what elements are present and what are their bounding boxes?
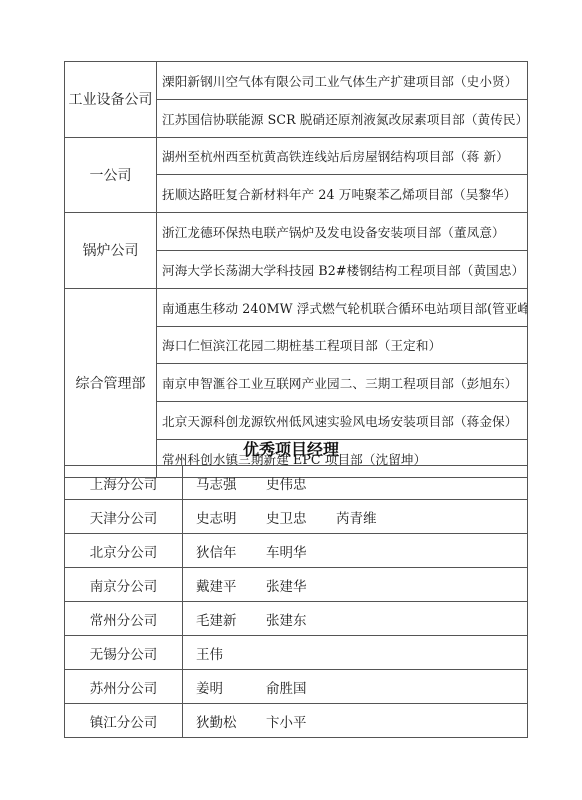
manager-name: 马志强 [196,473,266,493]
table-row: 北京分公司 狄信年车明华 [65,534,528,568]
section-title: 优秀项目经理 [0,437,582,460]
names-cell: 史志明史卫忠芮青维 [183,500,528,534]
project-cell: 湖州至杭州西至杭黄高铁连线站后房屋钢结构项目部（蒋 新） [157,137,528,175]
branch-cell: 北京分公司 [65,534,183,568]
names-cell: 毛建新张建东 [183,602,528,636]
table-row: 镇江分公司 狄勤松卞小平 [65,704,528,738]
manager-name: 毛建新 [196,609,266,629]
category-cell: 一公司 [65,137,157,213]
table-row: 苏州分公司 姜明俞胜国 [65,670,528,704]
manager-name: 史伟忠 [266,473,336,493]
names-cell: 戴建平张建华 [183,568,528,602]
table-row: 工业设备公司 溧阳新钢川空气体有限公司工业气体生产扩建项目部（史小贤） [65,62,528,100]
table-row: 综合管理部 南通惠生移动 240MW 浮式燃气轮机联合循环电站项目部(管亚峰) [65,288,528,326]
branch-cell: 苏州分公司 [65,670,183,704]
manager-name: 王伟 [196,643,266,663]
project-cell: 江苏国信协联能源 SCR 脱硝还原剂液氮改尿素项目部（黄传民） [157,99,528,137]
category-cell: 锅炉公司 [65,213,157,289]
branch-cell: 无锡分公司 [65,636,183,670]
excellent-projects-table: 工业设备公司 溧阳新钢川空气体有限公司工业气体生产扩建项目部（史小贤） 江苏国信… [64,61,528,478]
branch-cell: 常州分公司 [65,602,183,636]
table-row: 无锡分公司 王伟 [65,636,528,670]
project-cell: 溧阳新钢川空气体有限公司工业气体生产扩建项目部（史小贤） [157,62,528,100]
project-cell: 南通惠生移动 240MW 浮式燃气轮机联合循环电站项目部(管亚峰) [157,288,528,326]
table-row: 常州分公司 毛建新张建东 [65,602,528,636]
branch-cell: 南京分公司 [65,568,183,602]
manager-name: 狄信年 [196,541,266,561]
table-row: 南京分公司 戴建平张建华 [65,568,528,602]
table-row: 天津分公司 史志明史卫忠芮青维 [65,500,528,534]
names-cell: 狄勤松卞小平 [183,704,528,738]
manager-name: 戴建平 [196,575,266,595]
manager-name: 卞小平 [266,711,336,731]
manager-name: 张建华 [266,575,336,595]
names-cell: 姜明俞胜国 [183,670,528,704]
branch-cell: 天津分公司 [65,500,183,534]
excellent-managers-table: 上海分公司 马志强史伟忠 天津分公司 史志明史卫忠芮青维 北京分公司 狄信年车明… [64,465,528,738]
manager-name: 史卫忠 [266,507,336,527]
table-row: 一公司 湖州至杭州西至杭黄高铁连线站后房屋钢结构项目部（蒋 新） [65,137,528,175]
category-cell: 工业设备公司 [65,62,157,138]
names-cell: 马志强史伟忠 [183,466,528,500]
project-cell: 南京申智滙谷工业互联网产业园二、三期工程项目部（彭旭东） [157,364,528,402]
manager-name: 姜明 [196,677,266,697]
manager-name: 史志明 [196,507,266,527]
names-cell: 狄信年车明华 [183,534,528,568]
branch-cell: 上海分公司 [65,466,183,500]
project-cell: 抚顺达路旺复合新材料年产 24 万吨聚苯乙烯项目部（吴黎华） [157,175,528,213]
project-cell: 浙江龙德环保热电联产锅炉及发电设备安装项目部（董凤意） [157,213,528,251]
branch-cell: 镇江分公司 [65,704,183,738]
manager-name: 车明华 [266,541,336,561]
project-cell: 北京天源科创龙源钦州低风速实验风电场安装项目部（蒋金保） [157,402,528,440]
manager-name: 俞胜国 [266,677,336,697]
manager-name: 张建东 [266,609,336,629]
manager-name: 芮青维 [336,507,406,527]
manager-name: 狄勤松 [196,711,266,731]
names-cell: 王伟 [183,636,528,670]
project-cell: 海口仁恒滨江花园二期桩基工程项目部（王定和） [157,326,528,364]
table-row: 锅炉公司 浙江龙德环保热电联产锅炉及发电设备安装项目部（董凤意） [65,213,528,251]
table-row: 上海分公司 马志强史伟忠 [65,466,528,500]
project-cell: 河海大学长荡湖大学科技园 B2#楼钢结构工程项目部（黄国忠） [157,250,528,288]
